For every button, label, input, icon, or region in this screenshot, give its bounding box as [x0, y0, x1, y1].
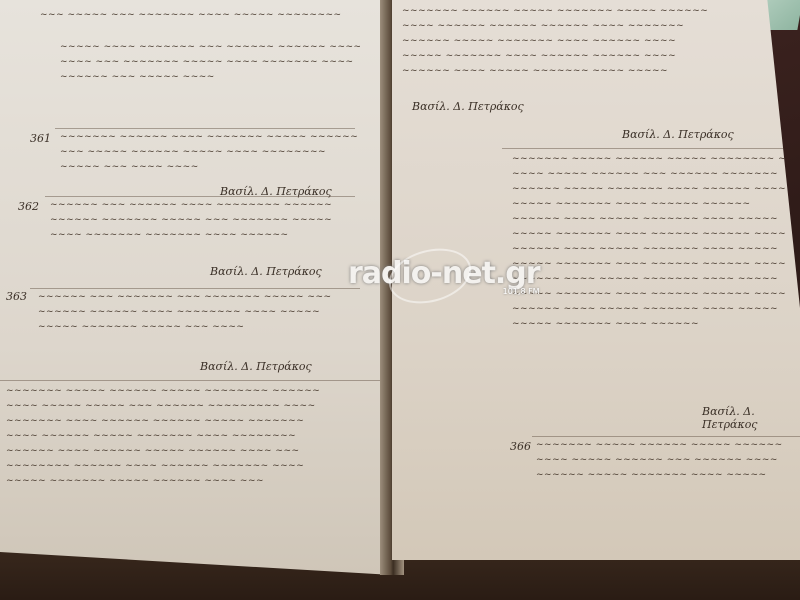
handwriting-block: ~~~~~~~ ~~~~~~ ~~~~~ ~~~~~~~ ~~~~~ ~~~~~…: [402, 4, 742, 79]
entry-number: 362: [18, 200, 39, 213]
left-page: ~~~ ~~~~~ ~~~ ~~~~~~~ ~~~~ ~~~~~ ~~~~~~~…: [0, 0, 392, 575]
signature: Βασίλ. Δ. Πετράκος: [210, 265, 322, 278]
rule-line: [30, 288, 360, 289]
signature: Βασίλ. Δ. Πετράκος: [622, 128, 734, 141]
watermark-logo: radio-net.gr 101,8 FM: [348, 256, 540, 296]
handwriting-block: ~~~~~~~ ~~~~~~ ~~~~ ~~~~~~~ ~~~~~ ~~~~~~…: [60, 130, 360, 175]
handwriting-block: ~~~~~ ~~~~ ~~~~~~~ ~~~ ~~~~~~ ~~~~~~ ~~~…: [60, 40, 360, 85]
rule-line: [532, 436, 800, 437]
handwriting-block: ~~~~~~ ~~~ ~~~~~~~ ~~~ ~~~~~~~ ~~~~~ ~~~…: [38, 290, 358, 335]
rule-line: [0, 380, 380, 381]
entry-number: 361: [30, 132, 51, 145]
watermark-frequency: 101,8 FM: [503, 287, 540, 296]
signature: Βασίλ. Δ. Πετράκος: [702, 405, 800, 431]
signature: Βασίλ. Δ. Πετράκος: [412, 100, 524, 113]
rule-line: [55, 128, 355, 129]
handwriting-block: ~~~~~~ ~~~ ~~~~~~ ~~~~ ~~~~~~~~ ~~~~~~~~…: [50, 198, 360, 243]
entry-number: 363: [6, 290, 27, 303]
entry-number: 366: [510, 440, 531, 453]
handwriting-block: ~~~~~~~ ~~~~~ ~~~~~~ ~~~~~ ~~~~~~~~ ~~~~…: [6, 384, 376, 489]
handwriting-block: ~~~~~~~ ~~~~~ ~~~~~~ ~~~~~ ~~~~~~~~ ~~~~…: [512, 152, 792, 332]
handwriting-block: ~~~~~~~ ~~~~~ ~~~~~~ ~~~~~ ~~~~~~~~~~ ~~…: [536, 438, 796, 483]
handwriting-block: ~~~ ~~~~~ ~~~ ~~~~~~~ ~~~~ ~~~~~ ~~~~~~~…: [40, 8, 360, 23]
rule-line: [502, 148, 792, 149]
rule-line: [45, 196, 355, 197]
signature: Βασίλ. Δ. Πετράκος: [200, 360, 312, 373]
